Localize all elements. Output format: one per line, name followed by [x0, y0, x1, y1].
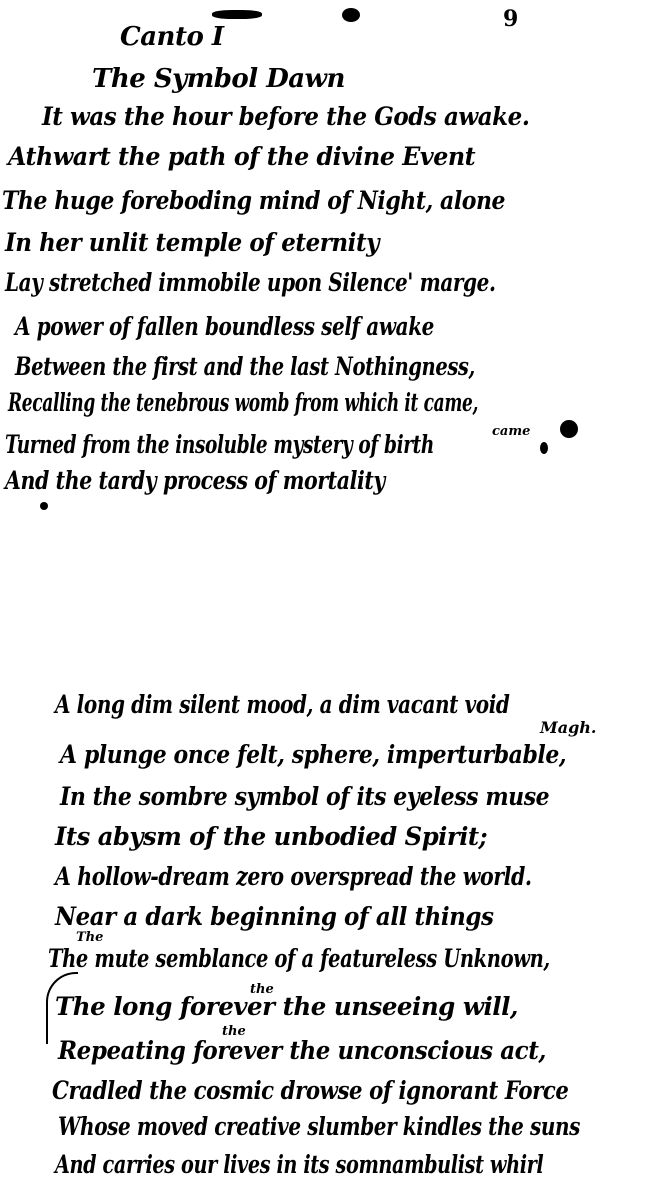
verse-line: Lay stretched immobile upon Silence' mar… [5, 268, 496, 297]
verse-line: And carries our lives in its somnambulis… [55, 1150, 543, 1179]
verse-line: Near a dark beginning of all things [55, 902, 494, 931]
verse-line: And the tardy process of mortality [5, 466, 385, 495]
verse-line: Cradled the cosmic drowse of ignorant Fo… [52, 1076, 569, 1105]
verse-line: It was the hour before the Gods awake. [42, 102, 529, 131]
page-number: 9 [503, 6, 518, 32]
verse-line: The long forever the unseeing will, [55, 992, 518, 1021]
verse-line: Its abysm of the unbodied Spirit; [55, 822, 487, 851]
verse-line: A plunge once felt, sphere, imperturbabl… [60, 740, 566, 769]
verse-insertion: came [492, 424, 530, 439]
page-title: The Symbol Dawn [92, 64, 345, 94]
verse-line: In the sombre symbol of its eyeless muse [60, 782, 549, 811]
ink-blot [212, 10, 262, 19]
verse-line: A power of fallen boundless self awake [15, 312, 434, 341]
verse-insertion: The [76, 930, 103, 945]
ink-blot [40, 502, 48, 510]
verse-line: The huge foreboding mind of Night, alone [2, 186, 505, 215]
verse-line: Athwart the path of the divine Event [8, 142, 475, 171]
ink-blot [560, 420, 578, 438]
canto-heading: Canto I [120, 22, 224, 52]
manuscript-page: 9 Canto I The Symbol Dawn It was the hou… [0, 0, 658, 1200]
verse-line: In her unlit temple of eternity [5, 228, 379, 257]
verse-line: A hollow-dream zero overspread the world… [55, 862, 532, 891]
verse-line: Whose moved creative slumber kindles the… [58, 1112, 580, 1141]
ink-blot [342, 8, 360, 22]
margin-note: Magh. [540, 718, 596, 737]
ink-blot [540, 442, 548, 454]
verse-line: A long dim silent mood, a dim vacant voi… [55, 690, 510, 719]
verse-line: Recalling the tenebrous womb from which … [8, 388, 478, 417]
verse-line: Between the first and the last Nothingne… [15, 352, 475, 381]
verse-line: Turned from the insoluble mystery of bir… [5, 430, 434, 459]
verse-line: Repeating forever the unconscious act, [58, 1036, 546, 1065]
verse-line: The mute semblance of a featureless Unkn… [48, 944, 550, 973]
